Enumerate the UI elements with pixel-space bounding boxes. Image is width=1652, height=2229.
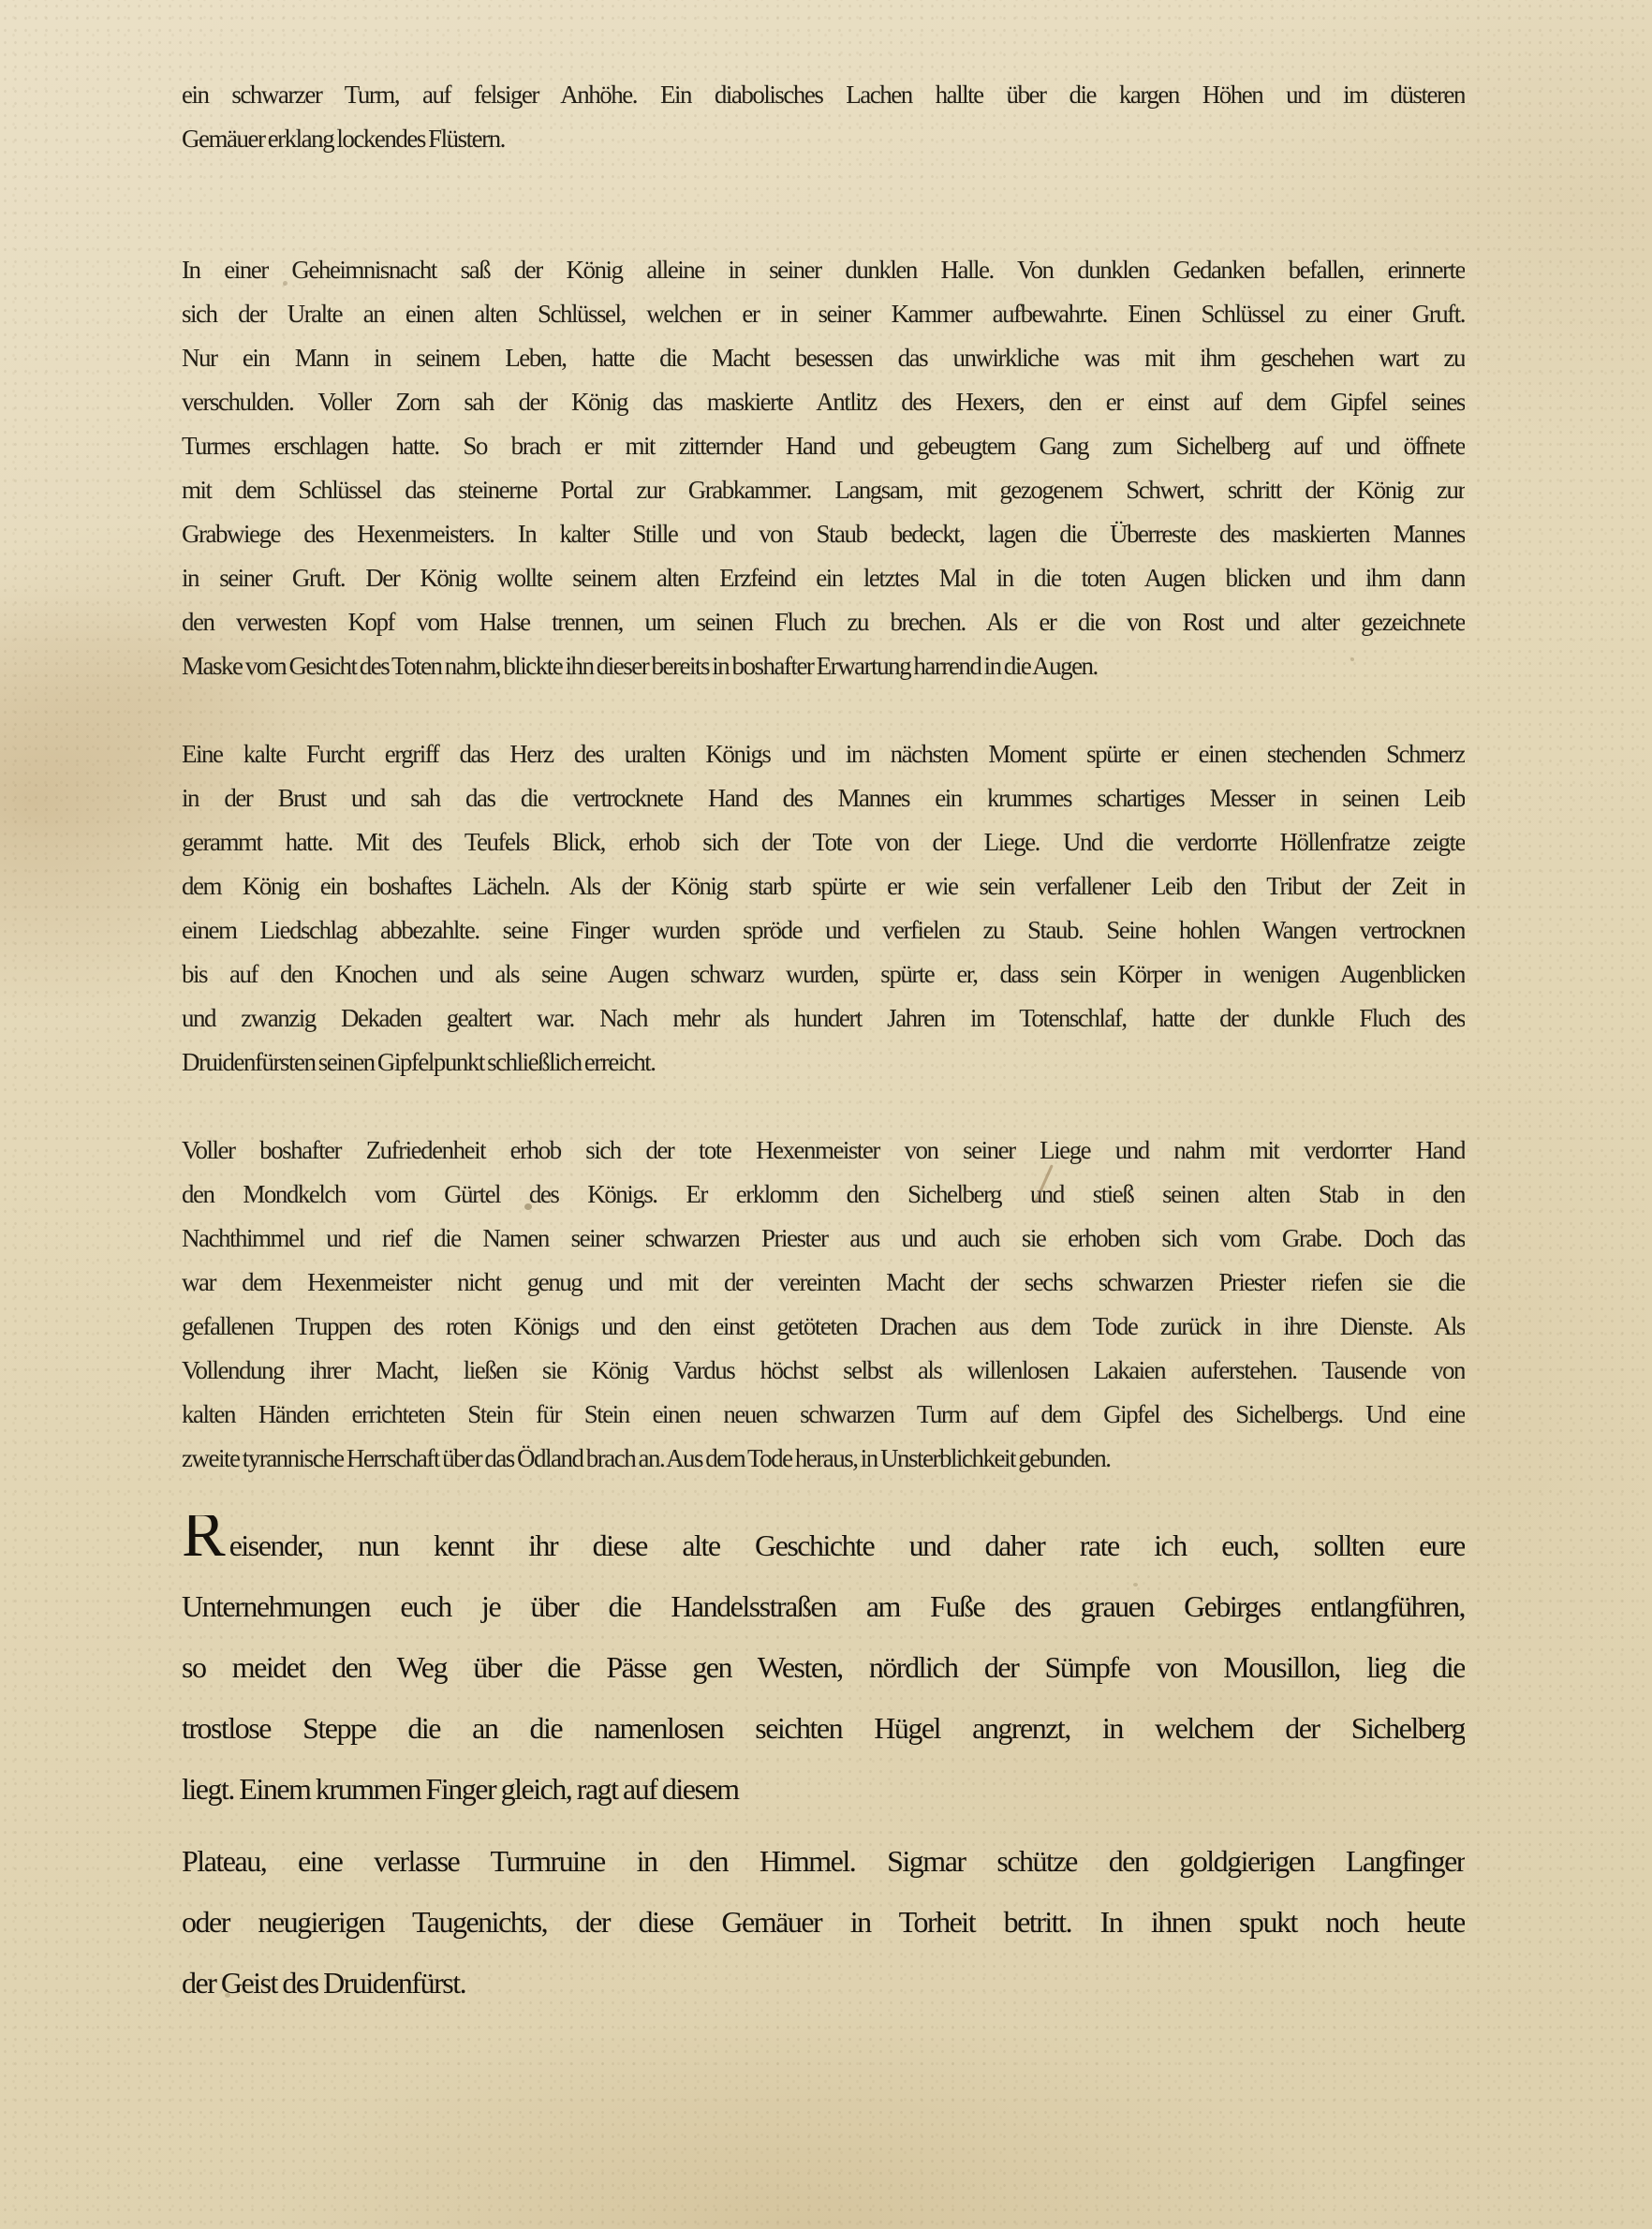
text-line: Maske vom Gesicht des Toten nahm, blickt… xyxy=(182,644,1465,688)
text-line: ein schwarzer Turm, auf felsiger Anhöhe.… xyxy=(182,73,1465,117)
text-line: gefallenen Truppen des roten Königs und … xyxy=(182,1305,1465,1349)
text-line: Eine kalte Furcht ergriff das Herz des u… xyxy=(182,732,1465,776)
paragraph: In einer Geheimnisnacht saß der König al… xyxy=(182,248,1465,688)
paragraph: Eine kalte Furcht ergriff das Herz des u… xyxy=(182,732,1465,1085)
text-line: gerammt hatte. Mit des Teufels Blick, er… xyxy=(182,820,1465,864)
text-line: war dem Hexenmeister nicht genug und mit… xyxy=(182,1261,1465,1305)
text-line: Unternehmungen euch je über die Handelss… xyxy=(182,1576,1465,1637)
text-line: Plateau, eine verlasse Turmruine in den … xyxy=(182,1831,1465,1892)
text-line: verschulden. Voller Zorn sah der König d… xyxy=(182,380,1465,424)
paragraph: Reisender, nun kennt ihr diese alte Gesc… xyxy=(182,1515,1465,1820)
text-line: In einer Geheimnisnacht saß der König al… xyxy=(182,248,1465,292)
text-line: so meidet den Weg über die Pässe gen Wes… xyxy=(182,1637,1465,1698)
text-line: Vollendung ihrer Macht, ließen sie König… xyxy=(182,1349,1465,1393)
text-line: Grabwiege des Hexenmeisters. In kalter S… xyxy=(182,512,1465,556)
paragraph: Voller boshafter Zufriedenheit erhob sic… xyxy=(182,1129,1465,1481)
text-line: Druidenfürsten seinen Gipfelpunkt schlie… xyxy=(182,1041,1465,1085)
text-line: trostlose Steppe die an die namenlosen s… xyxy=(182,1698,1465,1759)
text-line: Voller boshafter Zufriedenheit erhob sic… xyxy=(182,1129,1465,1173)
text-line: sich der Uralte an einen alten Schlüssel… xyxy=(182,292,1465,336)
text-line: Gemäuer erklang lockendes Flüstern. xyxy=(182,117,1465,161)
text-line: der Geist des Druidenfürst. xyxy=(182,1953,1465,2014)
text-line: Reisender, nun kennt ihr diese alte Gesc… xyxy=(182,1515,1465,1576)
text-line: dem König ein boshaftes Lächeln. Als der… xyxy=(182,864,1465,908)
text-line: Nur ein Mann in seinem Leben, hatte die … xyxy=(182,336,1465,380)
text-line: liegt. Einem krummen Finger gleich, ragt… xyxy=(182,1759,1465,1820)
paragraph: ein schwarzer Turm, auf felsiger Anhöhe.… xyxy=(182,73,1465,161)
text-line: Turmes erschlagen hatte. So brach er mit… xyxy=(182,424,1465,468)
text-line: in der Brust und sah das die vertrocknet… xyxy=(182,776,1465,820)
text-line: mit dem Schlüssel das steinerne Portal z… xyxy=(182,468,1465,512)
text-line: in seiner Gruft. Der König wollte seinem… xyxy=(182,556,1465,600)
paragraph: Plateau, eine verlasse Turmruine in den … xyxy=(182,1831,1465,2014)
text-line: den Mondkelch vom Gürtel des Königs. Er … xyxy=(182,1173,1465,1217)
parchment-page: { "colors": { "parchment": "#e6dcbf", "i… xyxy=(0,0,1652,2229)
text-line: oder neugierigen Taugenichts, der diese … xyxy=(182,1892,1465,1953)
story-text: ein schwarzer Turm, auf felsiger Anhöhe.… xyxy=(0,0,1652,2014)
text-line: bis auf den Knochen und als seine Augen … xyxy=(182,952,1465,996)
text-line: Nachthimmel und rief die Namen seiner sc… xyxy=(182,1217,1465,1261)
drop-cap-initial: R xyxy=(182,1515,229,1571)
text-line: den verwesten Kopf vom Halse trennen, um… xyxy=(182,600,1465,644)
text-line: einem Liedschlag abbezahlte. seine Finge… xyxy=(182,908,1465,952)
text-line: zweite tyrannische Herrschaft über das Ö… xyxy=(182,1437,1465,1481)
text-line: und zwanzig Dekaden gealtert war. Nach m… xyxy=(182,996,1465,1041)
text-line: kalten Händen errichteten Stein für Stei… xyxy=(182,1393,1465,1437)
